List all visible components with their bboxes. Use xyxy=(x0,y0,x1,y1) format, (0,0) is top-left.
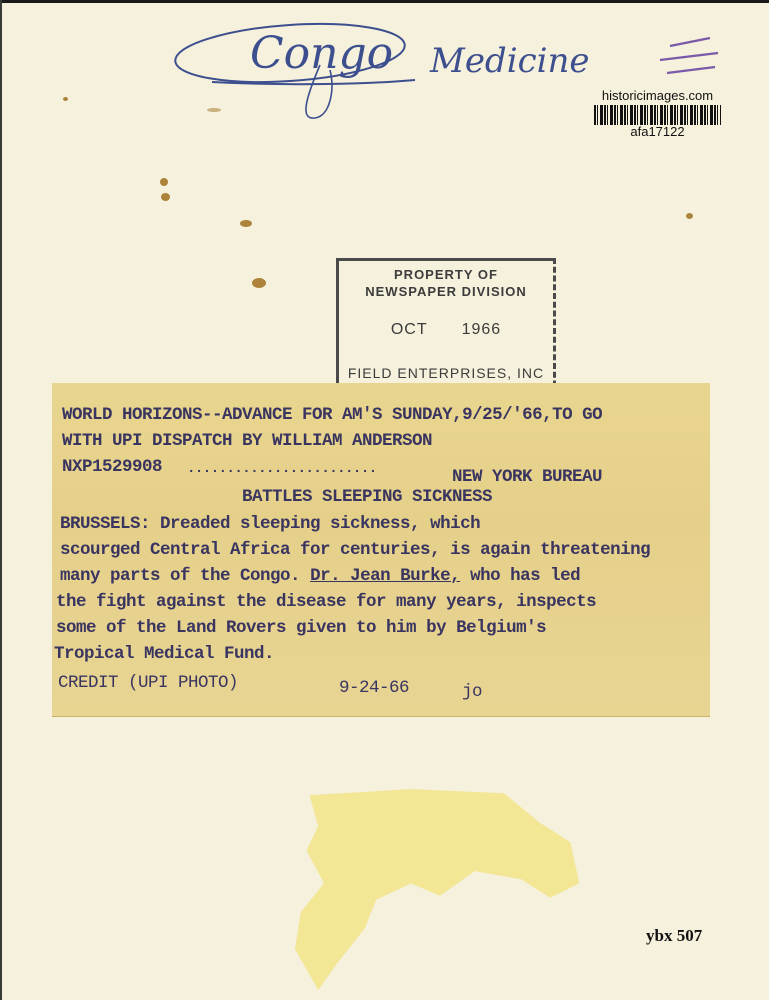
stain-spot xyxy=(252,278,266,288)
caption-body-line-start: many parts of the Congo. xyxy=(60,566,300,586)
caption-credit: CREDIT (UPI PHOTO) xyxy=(58,673,238,693)
stamp-month: OCT xyxy=(391,321,428,339)
handwritten-topic: Medicine xyxy=(429,41,590,81)
stain-spot xyxy=(63,97,68,101)
stamp-line-4: FIELD ENTERPRISES, INC xyxy=(339,365,553,381)
stain-spot xyxy=(160,178,168,186)
caption-body-line: scourged Central Africa for centuries, i… xyxy=(60,540,650,560)
stain-spot xyxy=(686,213,693,219)
reference-number: ybx 507 xyxy=(646,926,702,946)
caption-header-line-2: WITH UPI DISPATCH BY WILLIAM ANDERSON xyxy=(62,431,432,451)
stain-spot xyxy=(207,108,221,112)
caption-body-line: Tropical Medical Fund. xyxy=(54,644,274,664)
stamp-line-2: NEWSPAPER DIVISION xyxy=(339,284,553,299)
caption-headline: BATTLES SLEEPING SICKNESS xyxy=(242,487,492,507)
caption-header-line-1: WORLD HORIZONS--ADVANCE FOR AM'S SUNDAY,… xyxy=(62,405,602,425)
press-caption-clipping: WORLD HORIZONS--ADVANCE FOR AM'S SUNDAY,… xyxy=(52,383,710,716)
caption-initials: jo xyxy=(462,682,482,702)
watermark-item-code: afa17122 xyxy=(590,125,725,139)
caption-credit-date: 9-24-66 xyxy=(339,678,409,698)
handwritten-subject: Congo xyxy=(250,28,393,79)
scan-border-left xyxy=(0,0,2,1000)
caption-body-line: some of the Land Rovers given to him by … xyxy=(56,618,546,638)
caption-named-person: Dr. Jean Burke, xyxy=(310,566,460,586)
adhesive-stain xyxy=(295,785,585,990)
scan-border-top xyxy=(0,0,769,3)
stamp-year: 1966 xyxy=(462,321,502,339)
stain-spot xyxy=(161,193,170,201)
caption-body-line: BRUSSELS: Dreaded sleeping sickness, whi… xyxy=(60,514,480,534)
watermark: historicimages.com afa17122 xyxy=(590,88,725,139)
caption-leader-dots: ........................ xyxy=(187,461,377,477)
stain-spot xyxy=(240,220,252,227)
caption-body-line: the fight against the disease for many y… xyxy=(56,592,596,612)
caption-body-line: many parts of the Congo. Dr. Jean Burke,… xyxy=(60,566,580,586)
caption-ref-id: NXP1529908 xyxy=(62,457,162,477)
watermark-site: historicimages.com xyxy=(590,88,725,103)
stamp-line-1: PROPERTY OF xyxy=(339,267,553,282)
caption-bureau: NEW YORK BUREAU xyxy=(452,467,602,487)
stamp-date: OCT 1966 xyxy=(339,321,553,339)
barcode xyxy=(594,105,721,125)
caption-body-line-end: who has led xyxy=(460,566,580,586)
